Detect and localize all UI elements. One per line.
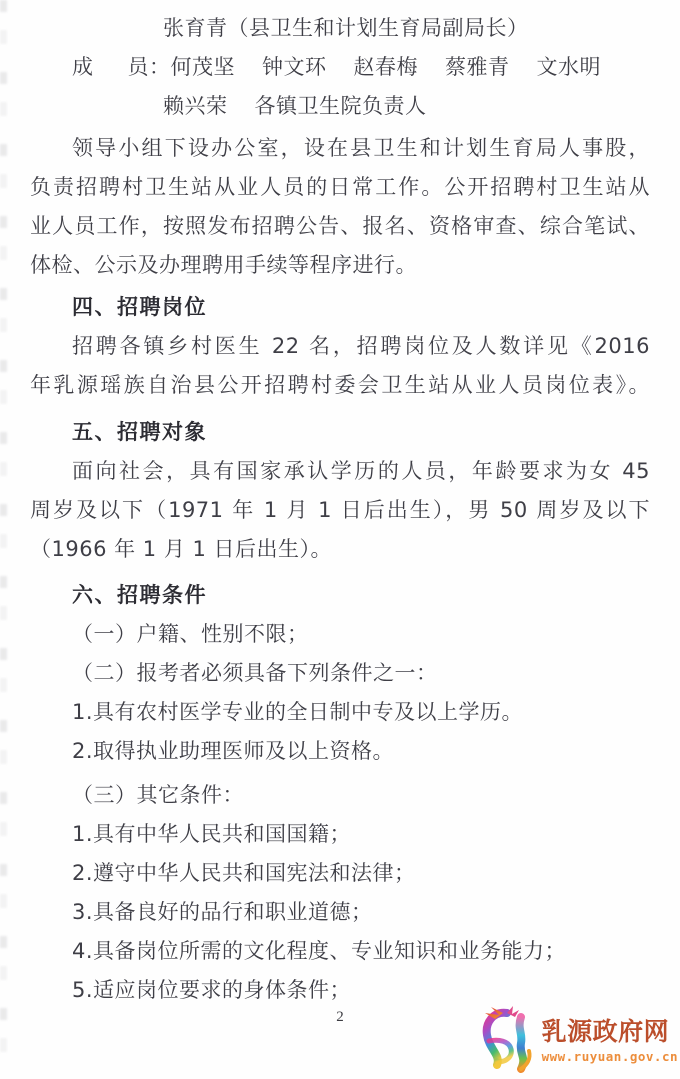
government-site-watermark: 乳源政府网 www.ruyuan.gov.cn — [477, 1005, 678, 1075]
member-name: 蔡雅青 — [445, 48, 510, 87]
section4-heading: 四、招聘岗位 — [30, 288, 650, 327]
section6-heading: 六、招聘条件 — [30, 576, 650, 615]
section6-item3-sub1: 1.具有中华人民共和国国籍； — [30, 815, 650, 854]
section6-item3: （三）其它条件： — [30, 776, 650, 815]
section6-item2-sub1: 1.具有农村医学专业的全日制中专及以上学历。 — [30, 693, 650, 732]
deputy-leader-continuation-line: 张育青（县卫生和计划生育局副局长） — [30, 9, 650, 48]
document-body: 张育青（县卫生和计划生育局副局长） 成 员： 何茂坚钟文环赵春梅蔡雅青文水明 赖… — [30, 0, 650, 1010]
members-name-list-row2: 赖兴荣各镇卫生院负责人 — [163, 87, 427, 126]
site-name-label: 乳源政府网 — [542, 1017, 670, 1049]
member-name: 赵春梅 — [354, 48, 419, 87]
office-paragraph-line1: 领导小组下设办公室，设在县卫生和计划生育局人事股， — [30, 129, 650, 168]
section4-line2: 年乳源瑶族自治县公开招聘村委会卫生站从业人员岗位表》。 — [30, 366, 650, 405]
watermark-text-block: 乳源政府网 www.ruyuan.gov.cn — [542, 1017, 678, 1064]
section6-item2: （二）报考者必须具备下列条件之一： — [30, 654, 650, 693]
section6-item2-sub2: 2.取得执业助理医师及以上资格。 — [30, 732, 650, 771]
section5-heading: 五、招聘对象 — [30, 413, 650, 452]
members-line-1: 成 员： 何茂坚钟文环赵春梅蔡雅青文水明 — [30, 48, 650, 87]
office-paragraph-line3: 业人员工作，按照发布招聘公告、报名、资格审查、综合笔试、 — [30, 207, 650, 246]
site-url-label: www.ruyuan.gov.cn — [542, 1049, 678, 1064]
members-label-part1: 成 — [72, 48, 94, 87]
section6-item1: （一）户籍、性别不限； — [30, 615, 650, 654]
members-name-list-row1: 何茂坚钟文环赵春梅蔡雅青文水明 — [171, 48, 602, 87]
section4-line1: 招聘各镇乡村医生 22 名，招聘岗位及人数详见《2016 — [30, 327, 650, 366]
section5-line2: 周岁及以下（1971 年 1 月 1 日后出生），男 50 周岁及以下 — [30, 491, 650, 530]
section6-item3-sub3: 3.具备良好的品行和职业道德； — [30, 893, 650, 932]
dragon-logo-icon — [477, 1005, 539, 1075]
section6-item3-sub4: 4.具备岗位所需的文化程度、专业知识和业务能力； — [30, 932, 650, 971]
office-paragraph-line4: 体检、公示及办理聘用手续等程序进行。 — [30, 246, 650, 285]
scanned-document-page: 张育青（县卫生和计划生育局副局长） 成 员： 何茂坚钟文环赵春梅蔡雅青文水明 赖… — [0, 0, 680, 1079]
scan-edge-artifact — [0, 0, 7, 1079]
section5-line1: 面向社会，具有国家承认学历的人员，年龄要求为女 45 — [30, 452, 650, 491]
section6-item3-sub2: 2.遵守中华人民共和国宪法和法律； — [30, 854, 650, 893]
office-paragraph-line2: 负责招聘村卫生站从业人员的日常工作。公开招聘村卫生站从 — [30, 168, 650, 207]
member-name: 赖兴荣 — [163, 87, 228, 126]
section5-line3: （1966 年 1 月 1 日后出生）。 — [30, 530, 650, 569]
members-label-part2: 员： — [128, 48, 171, 87]
member-name: 何茂坚 — [171, 48, 236, 87]
member-name: 钟文环 — [262, 48, 327, 87]
members-line-2: 赖兴荣各镇卫生院负责人 — [30, 87, 650, 126]
member-name: 文水明 — [537, 48, 602, 87]
member-name: 各镇卫生院负责人 — [255, 87, 427, 126]
